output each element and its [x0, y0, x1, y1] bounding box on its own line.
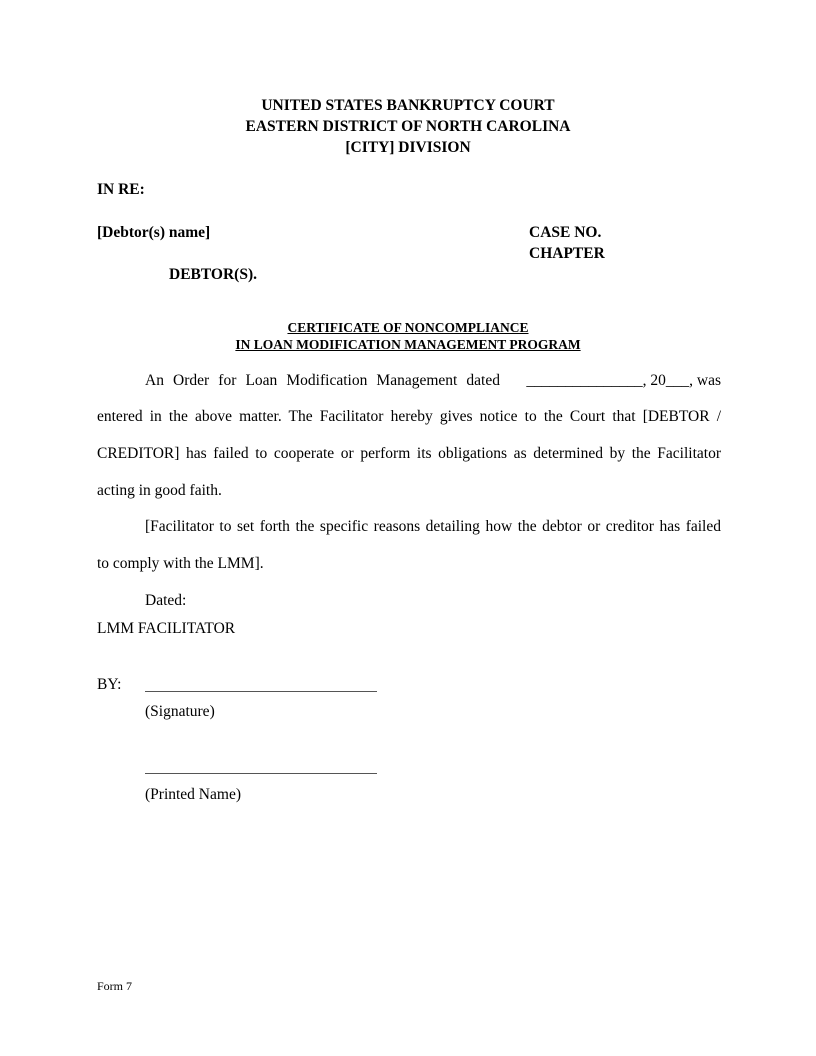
paragraph-1-line-4: acting in good faith. [97, 482, 222, 500]
document-subtitle: IN LOAN MODIFICATION MANAGEMENT PROGRAM [0, 337, 816, 353]
paragraph-1-line-3: CREDITOR] has failed to cooperate or per… [97, 445, 721, 463]
debtor-name: [Debtor(s) name] [97, 224, 210, 242]
court-division: [CITY] DIVISION [0, 139, 816, 157]
case-number-label: CASE NO. [529, 224, 601, 242]
order-dated-text: An Order for Loan Modification Managemen… [145, 372, 500, 390]
form-number: Form 7 [97, 979, 132, 994]
dated-label: Dated: [145, 592, 186, 610]
chapter-label: CHAPTER [529, 245, 605, 263]
court-name: UNITED STATES BANKRUPTCY COURT [0, 97, 816, 115]
printed-name-caption: (Printed Name) [145, 786, 241, 804]
signature-caption: (Signature) [145, 703, 215, 721]
paragraph-1-line-2: entered in the above matter. The Facilit… [97, 408, 721, 426]
printed-name-line [145, 773, 377, 774]
paragraph-2-line-2: to comply with the LMM]. [97, 555, 264, 573]
in-re-label: IN RE: [97, 181, 145, 199]
document-title: CERTIFICATE OF NONCOMPLIANCE [0, 320, 816, 336]
paragraph-2-line-1: [Facilitator to set forth the specific r… [145, 518, 721, 536]
order-date-blank: _______________, 20___, was [526, 372, 721, 390]
by-label: BY: [97, 676, 121, 694]
facilitator-label: LMM FACILITATOR [97, 620, 235, 638]
signature-line [145, 691, 377, 692]
paragraph-1-line-1: An Order for Loan Modification Managemen… [145, 372, 721, 390]
debtors-label: DEBTOR(S). [169, 266, 257, 284]
court-district: EASTERN DISTRICT OF NORTH CAROLINA [0, 118, 816, 136]
